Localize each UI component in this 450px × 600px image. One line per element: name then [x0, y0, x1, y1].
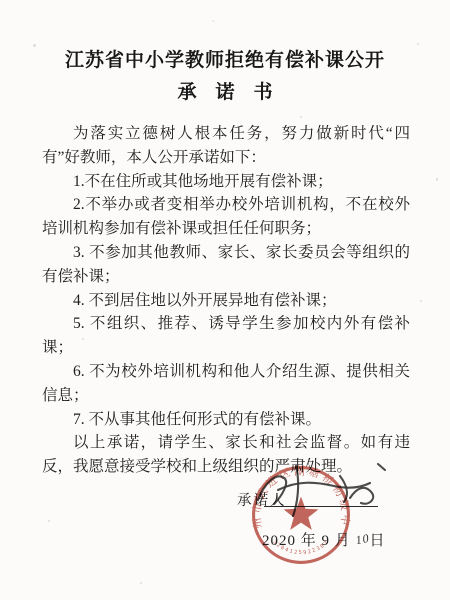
commitment-item-6: 6. 不为校外培训机构和他人介绍生源、提供相关信息； — [42, 360, 410, 408]
commitment-item-1: 1.不在住所或其他场地开展有偿补课； — [42, 170, 410, 194]
scan-speck — [417, 43, 419, 45]
title-block: 江苏省中小学教师拒绝有偿补课公开 承 诺 书 — [0, 0, 450, 106]
commitment-item-3: 3. 不参加其他教师、家长、家长委员会等组织的有偿补课； — [42, 241, 410, 289]
document-body: 为落实立德树人根本任务，努力做新时代“四有”好教师，本人公开承诺如下： 1.不在… — [42, 122, 410, 479]
scan-speck — [436, 178, 438, 181]
scanned-commitment-letter: 江苏省中小学教师拒绝有偿补课公开 承 诺 书 为落实立德树人根本任务，努力做新时… — [0, 0, 450, 600]
scan-speck — [33, 44, 36, 47]
date-suffix: 日 — [370, 533, 386, 549]
commitment-item-2: 2.不举办或者变相举办校外培训机构，不在校外培训机构参加有偿补课或担任任何职务； — [42, 193, 410, 241]
intro-paragraph: 为落实立德树人根本任务，努力做新时代“四有”好教师，本人公开承诺如下： — [42, 122, 410, 170]
scan-speck — [300, 116, 302, 118]
commitment-item-5: 5. 不组织、推荐、诱导学生参加校内外有偿补课； — [42, 312, 410, 360]
handwritten-date-day: 10 — [354, 531, 370, 548]
scan-speck — [390, 440, 392, 442]
scan-speck — [82, 338, 84, 340]
scan-speck — [48, 520, 50, 522]
date-prefix: 2020 年 9 月 — [262, 533, 356, 549]
document-subtitle: 承 诺 书 — [0, 80, 450, 106]
commitment-item-7: 7. 不从事其他任何形式的有偿补课。 — [42, 408, 410, 432]
scan-speck — [140, 582, 142, 584]
document-title: 江苏省中小学教师拒绝有偿补课公开 — [0, 48, 450, 74]
scan-speck — [420, 300, 422, 302]
commitment-item-4: 4. 不到居住地以外开展异地有偿补课； — [42, 289, 410, 313]
handwritten-signature — [250, 458, 394, 520]
date-line: 2020 年 9 月 10日 — [262, 529, 386, 550]
scan-speck — [212, 20, 215, 22]
